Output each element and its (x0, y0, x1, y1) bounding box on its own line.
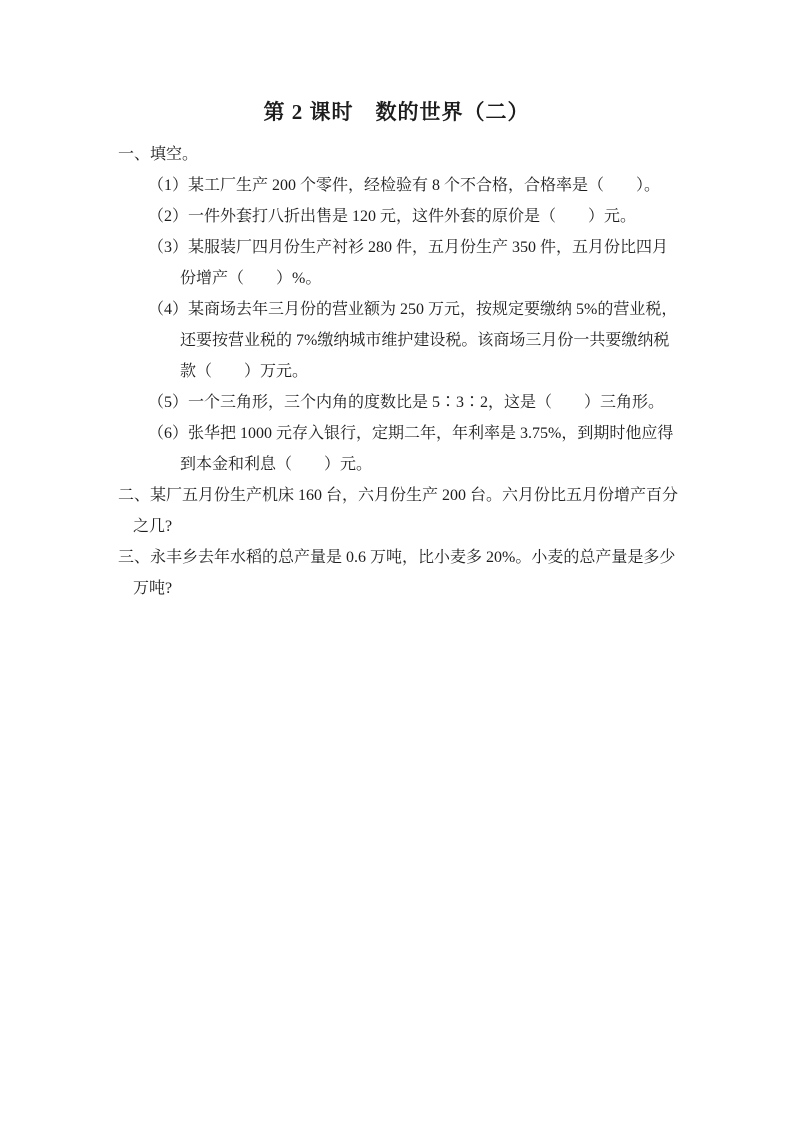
section-one-heading: 填空。 (150, 146, 198, 163)
section-one-header: 一、填空。 (0, 139, 793, 170)
worksheet-page: 第 2 课时 数的世界（二） 一、填空。 （1）某工厂生产 200 个零件，经检… (0, 0, 793, 1122)
item-6-text-line-1: 张华把 1000 元存入银行，定期二年，年利率是 3.75%，到期时他应得 (188, 425, 673, 442)
item-6-number: （6） (148, 425, 188, 442)
section-two-line-2: 之几? (0, 511, 793, 542)
item-4-line-2: 还要按营业税的 7%缴纳城市维护建设税。该商场三月份一共要缴纳税 (0, 325, 793, 356)
item-3-line-1: （3）某服装厂四月份生产衬衫 280 件，五月份生产 350 件，五月份比四月 (0, 232, 793, 263)
item-1-line-1: （1）某工厂生产 200 个零件，经检验有 8 个不合格，合格率是（ ）。 (0, 170, 793, 201)
section-two-line-1: 二、某厂五月份生产机床 160 台，六月份生产 200 台。六月份比五月份增产百… (0, 480, 793, 511)
item-2-text: 一件外套打八折出售是 120 元，这件外套的原价是（ ）元。 (188, 208, 636, 225)
section-one-label: 一、 (118, 146, 150, 163)
item-1-number: （1） (148, 177, 188, 194)
item-5-line-1: （5）一个三角形，三个内角的度数比是 5∶3∶2，这是（ ）三角形。 (0, 387, 793, 418)
item-5-text: 一个三角形，三个内角的度数比是 5∶3∶2，这是（ ）三角形。 (188, 394, 664, 411)
page-title: 第 2 课时 数的世界（二） (0, 0, 793, 125)
item-4-line-1: （4）某商场去年三月份的营业额为 250 万元，按规定要缴纳 5%的营业税， (0, 294, 793, 325)
section-three-text-line-1: 永丰乡去年水稻的总产量是 0.6 万吨，比小麦多 20%。小麦的总产量是多少 (150, 549, 675, 566)
item-6-line-1: （6）张华把 1000 元存入银行，定期二年，年利率是 3.75%，到期时他应得 (0, 418, 793, 449)
item-2-line-1: （2）一件外套打八折出售是 120 元，这件外套的原价是（ ）元。 (0, 201, 793, 232)
item-1-text: 某工厂生产 200 个零件，经检验有 8 个不合格，合格率是（ ）。 (188, 177, 660, 194)
item-4-line-3: 款（ ）万元。 (0, 356, 793, 387)
section-three-line-1: 三、永丰乡去年水稻的总产量是 0.6 万吨，比小麦多 20%。小麦的总产量是多少 (0, 542, 793, 573)
section-two-text-line-1: 某厂五月份生产机床 160 台，六月份生产 200 台。六月份比五月份增产百分 (150, 487, 678, 504)
item-3-number: （3） (148, 239, 188, 256)
section-three-line-2: 万吨? (0, 573, 793, 604)
section-three-label: 三、 (118, 549, 150, 566)
item-3-text-line-1: 某服装厂四月份生产衬衫 280 件，五月份生产 350 件，五月份比四月 (188, 239, 668, 256)
section-two-label: 二、 (118, 487, 150, 504)
item-4-text-line-1: 某商场去年三月份的营业额为 250 万元，按规定要缴纳 5%的营业税， (188, 301, 677, 318)
item-6-line-2: 到本金和利息（ ）元。 (0, 449, 793, 480)
item-4-number: （4） (148, 301, 188, 318)
item-2-number: （2） (148, 208, 188, 225)
item-3-line-2: 份增产（ ）%。 (0, 263, 793, 294)
item-5-number: （5） (148, 394, 188, 411)
worksheet-body: 一、填空。 （1）某工厂生产 200 个零件，经检验有 8 个不合格，合格率是（… (0, 139, 793, 604)
